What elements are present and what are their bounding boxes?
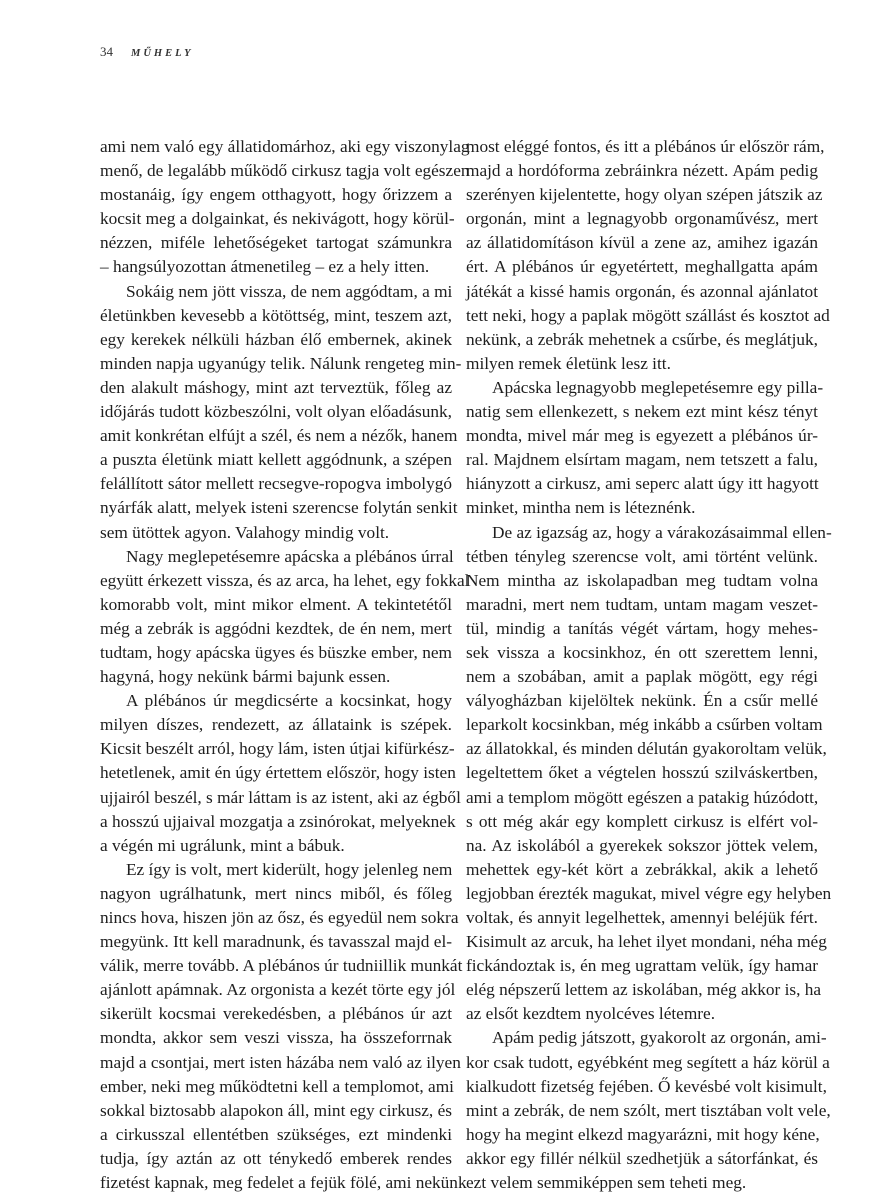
text-line: ujjairól beszél, s már láttam is az iste… bbox=[100, 786, 452, 810]
text-line: De az igazság az, hogy a várakozásaimmal… bbox=[466, 521, 818, 545]
text-line: fizetést kapnak, meg fedelet a fejük föl… bbox=[100, 1171, 452, 1195]
text-line: kocsit meg a dolgainkat, és nekivágott, … bbox=[100, 207, 452, 231]
text-line: a végén mi ugrálunk, mint a bábuk. bbox=[100, 834, 452, 858]
left-text-column: ami nem való egy állatidomárhoz, aki egy… bbox=[100, 135, 452, 1195]
text-line: tett neki, hogy a paplak mögött szállást… bbox=[466, 304, 818, 328]
text-line: felállított sátor mellett recsegve-ropog… bbox=[100, 472, 452, 496]
text-line: Kisimult az arcuk, ha lehet ilyet mondan… bbox=[466, 930, 818, 954]
text-line: minden napja ugyanúgy telik. Nálunk reng… bbox=[100, 352, 452, 376]
text-line: még a zebrák is aggódni kezdtek, de én n… bbox=[100, 617, 452, 641]
text-line: Sokáig nem jött vissza, de nem aggódtam,… bbox=[100, 280, 452, 304]
text-line: milyen remek életünk lesz itt. bbox=[466, 352, 818, 376]
text-line: akkor egy fillér nélkül szedhetjük a sát… bbox=[466, 1147, 818, 1171]
text-line: sem ütöttek agyon. Valahogy mindig volt. bbox=[100, 521, 452, 545]
text-line: együtt érkezett vissza, és az arca, ha l… bbox=[100, 569, 452, 593]
text-line: ezt velem semmiképpen sem teheti meg. bbox=[466, 1171, 818, 1195]
text-line: válik, merre tovább. A plébános úr tudni… bbox=[100, 954, 452, 978]
text-line: nyárfák alatt, melyek isteni szerencse f… bbox=[100, 496, 452, 520]
text-line: tül, mindig a tanítás végét vártam, hogy… bbox=[466, 617, 818, 641]
text-line: mehettek egy-két kört a zebrákkal, akik … bbox=[466, 858, 818, 882]
right-text-column: most eléggé fontos, és itt a plébános úr… bbox=[466, 135, 818, 1195]
text-line: nekünk, a zebrák mehetnek a csűrbe, és m… bbox=[466, 328, 818, 352]
text-line: Kicsit beszélt arról, hogy lám, isten út… bbox=[100, 737, 452, 761]
text-line: menő, de legalább működő cirkusz tagja v… bbox=[100, 159, 452, 183]
text-line: amit konkrétan elfújt a szél, és nem a n… bbox=[100, 424, 452, 448]
text-line: s ott még akár egy komplett cirkusz is e… bbox=[466, 810, 818, 834]
text-line: Nem mintha az iskolapadban meg tudtam vo… bbox=[466, 569, 818, 593]
text-line: sek vissza a kocsinkhoz, én ott szerette… bbox=[466, 641, 818, 665]
text-line: hetetlenek, amit én úgy értettem először… bbox=[100, 761, 452, 785]
text-line: tudja, így aztán az ott ténykedő emberek… bbox=[100, 1147, 452, 1171]
text-line: majd a hordóforma zebráinkra nézett. Apá… bbox=[466, 159, 818, 183]
text-line: egy kerekek nélküli házban élő embernek,… bbox=[100, 328, 452, 352]
text-line: tétben tényleg szerencse volt, ami törté… bbox=[466, 545, 818, 569]
text-line: kialkudott fizetség fejében. Ő kevésbé v… bbox=[466, 1075, 818, 1099]
text-line: szerényen kijelentette, hogy olyan szépe… bbox=[466, 183, 818, 207]
text-line: kor csak tudott, egyébként meg segített … bbox=[466, 1051, 818, 1075]
text-line: tudtam, hogy apácska ügyes és büszke emb… bbox=[100, 641, 452, 665]
text-line: Apám pedig játszott, gyakorolt az orgoná… bbox=[466, 1026, 818, 1050]
text-line: a puszta életünk miatt kellett aggódnunk… bbox=[100, 448, 452, 472]
text-line: fickándoztak is, én meg ugrattam velük, … bbox=[466, 954, 818, 978]
text-line: hagyná, hogy nekünk bármi bajunk essen. bbox=[100, 665, 452, 689]
text-line: minket, mintha nem is léteznénk. bbox=[466, 496, 818, 520]
text-line: nagyon ugrálhatunk, mert nincs miből, és… bbox=[100, 882, 452, 906]
text-line: voltak, és annyit legelhettek, amennyi b… bbox=[466, 906, 818, 930]
text-line: ral. Majdnem elsírtam magam, nem tetszet… bbox=[466, 448, 818, 472]
text-line: nem a szobában, amit a paplak mögött, eg… bbox=[466, 665, 818, 689]
text-line: ami nem való egy állatidomárhoz, aki egy… bbox=[100, 135, 452, 159]
text-line: Nagy meglepetésemre apácska a plébános ú… bbox=[100, 545, 452, 569]
text-line: játékát a kissé hamis orgonán, és azonna… bbox=[466, 280, 818, 304]
text-line: életünkben kevesebb a kötöttség, mint, t… bbox=[100, 304, 452, 328]
text-line: megyünk. Itt kell maradnunk, és tavassza… bbox=[100, 930, 452, 954]
text-line: ajánlott apámnak. Az orgonista a kezét t… bbox=[100, 978, 452, 1002]
text-line: hiányzott a cirkusz, ami seperc alatt úg… bbox=[466, 472, 818, 496]
text-line: az elsőt kezdtem nyolcéves létemre. bbox=[466, 1002, 818, 1026]
text-line: mostanáig, így engem otthagyott, hogy őr… bbox=[100, 183, 452, 207]
text-line: orgonán, mint a legnagyobb orgonaművész,… bbox=[466, 207, 818, 231]
text-line: – hangsúlyozottan átmenetileg – ez a hel… bbox=[100, 255, 452, 279]
text-line: elég népszerű lettem az iskolában, még a… bbox=[466, 978, 818, 1002]
text-line: most eléggé fontos, és itt a plébános úr… bbox=[466, 135, 818, 159]
text-line: sikerült kocsmai verekedésben, a plébáno… bbox=[100, 1002, 452, 1026]
text-line: komorabb volt, mint mikor elment. A teki… bbox=[100, 593, 452, 617]
text-line: legeltettem őket a végtelen hosszú szilv… bbox=[466, 761, 818, 785]
text-line: mondta, akkor sem veszi vissza, ha össze… bbox=[100, 1026, 452, 1050]
text-line: legjobban érezték magukat, mivel végre e… bbox=[466, 882, 818, 906]
text-line: időjárás tudott közbeszólni, volt olyan … bbox=[100, 400, 452, 424]
text-line: na. Az iskolából a gyerekek sokszor jött… bbox=[466, 834, 818, 858]
text-line: ért. A plébános úr egyetértett, meghallg… bbox=[466, 255, 818, 279]
text-line: ami a templom mögött egészen a patakig h… bbox=[466, 786, 818, 810]
text-line: sokkal biztosabb alapokon áll, mint egy … bbox=[100, 1099, 452, 1123]
text-line: hogy ha megint elkezd magyarázni, mit ho… bbox=[466, 1123, 818, 1147]
text-line: mondta, mivel már meg is egyezett a pléb… bbox=[466, 424, 818, 448]
text-line: a cirkusszal ellentétben szükséges, ezt … bbox=[100, 1123, 452, 1147]
text-line: natig sem ellenkezett, s nekem ezt mint … bbox=[466, 400, 818, 424]
text-line: vályogházban kijelöltek nekünk. Én a csű… bbox=[466, 689, 818, 713]
text-line: Apácska legnagyobb meglepetésemre egy pi… bbox=[466, 376, 818, 400]
running-head: 34 MŰHELY bbox=[100, 44, 194, 64]
text-line: A plébános úr megdicsérte a kocsinkat, h… bbox=[100, 689, 452, 713]
page-number: 34 bbox=[100, 44, 113, 60]
text-line: majd a csontjai, mert isten házába nem v… bbox=[100, 1051, 452, 1075]
text-line: nézzen, miféle lehetőségeket tartogat sz… bbox=[100, 231, 452, 255]
text-line: nincs hova, hiszen jön az ősz, és egyedü… bbox=[100, 906, 452, 930]
text-line: milyen díszes, rendezett, az állataink i… bbox=[100, 713, 452, 737]
text-line: Ez így is volt, mert kiderült, hogy jele… bbox=[100, 858, 452, 882]
text-line: az állatidomításon kívül a zene az, amih… bbox=[466, 231, 818, 255]
text-line: a hosszú ujjaival mozgatja a zsinórokat,… bbox=[100, 810, 452, 834]
text-line: den alakult máshogy, mint azt terveztük,… bbox=[100, 376, 452, 400]
text-line: ember, neki meg működtetni kell a templo… bbox=[100, 1075, 452, 1099]
text-line: maradni, mert nem tudtam, untam magam ve… bbox=[466, 593, 818, 617]
text-line: leparkolt kocsinkban, még inkább a csűrb… bbox=[466, 713, 818, 737]
journal-title: MŰHELY bbox=[131, 48, 194, 59]
text-line: az állatokkal, és minden délután gyakoro… bbox=[466, 737, 818, 761]
text-line: mint a zebrák, de nem szólt, mert tisztá… bbox=[466, 1099, 818, 1123]
